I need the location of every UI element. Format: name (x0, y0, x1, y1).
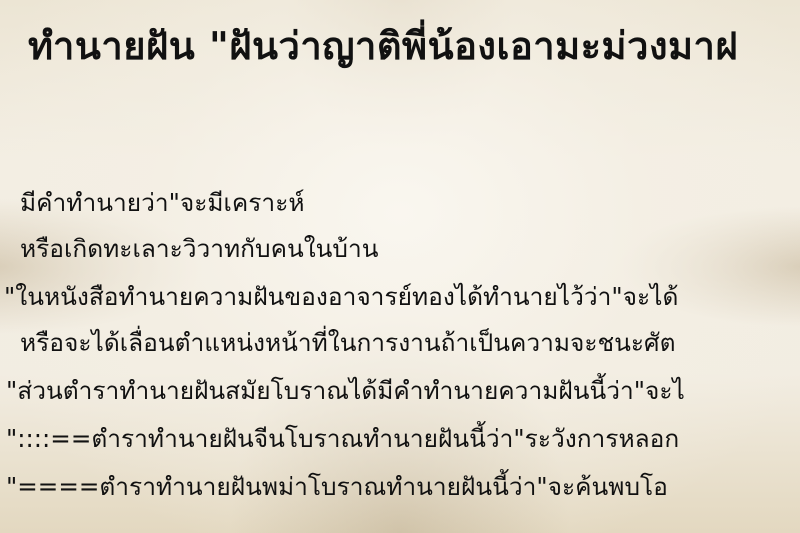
prediction-line-7: "====ตำราทำนายฝันพม่าโบราณทำนายฝันนี้ว่า… (6, 470, 668, 504)
prediction-line-1: มีคำทำนายว่า"จะมีเคราะห์ (20, 186, 305, 220)
prediction-line-4: หรือจะได้เลื่อนตำแหน่งหน้าที่ในการงานถ้า… (20, 326, 676, 360)
prediction-line-3: "ในหนังสือทำนายความฝันของอาจารย์ทองได้ทำ… (4, 280, 678, 314)
page-title: ทำนายฝัน "ฝันว่าญาติพี่น้องเอามะม่วงมาฝ (28, 22, 738, 70)
prediction-line-5: "ส่วนตำราทำนายฝันสมัยโบราณได้มีคำทำนายคว… (6, 374, 685, 408)
prediction-line-6: "::::==ตำราทำนายฝันจีนโบราณทำนายฝันนี้ว่… (6, 422, 679, 456)
prediction-line-2: หรือเกิดทะเลาะวิวาทกับคนในบ้าน (20, 232, 378, 266)
